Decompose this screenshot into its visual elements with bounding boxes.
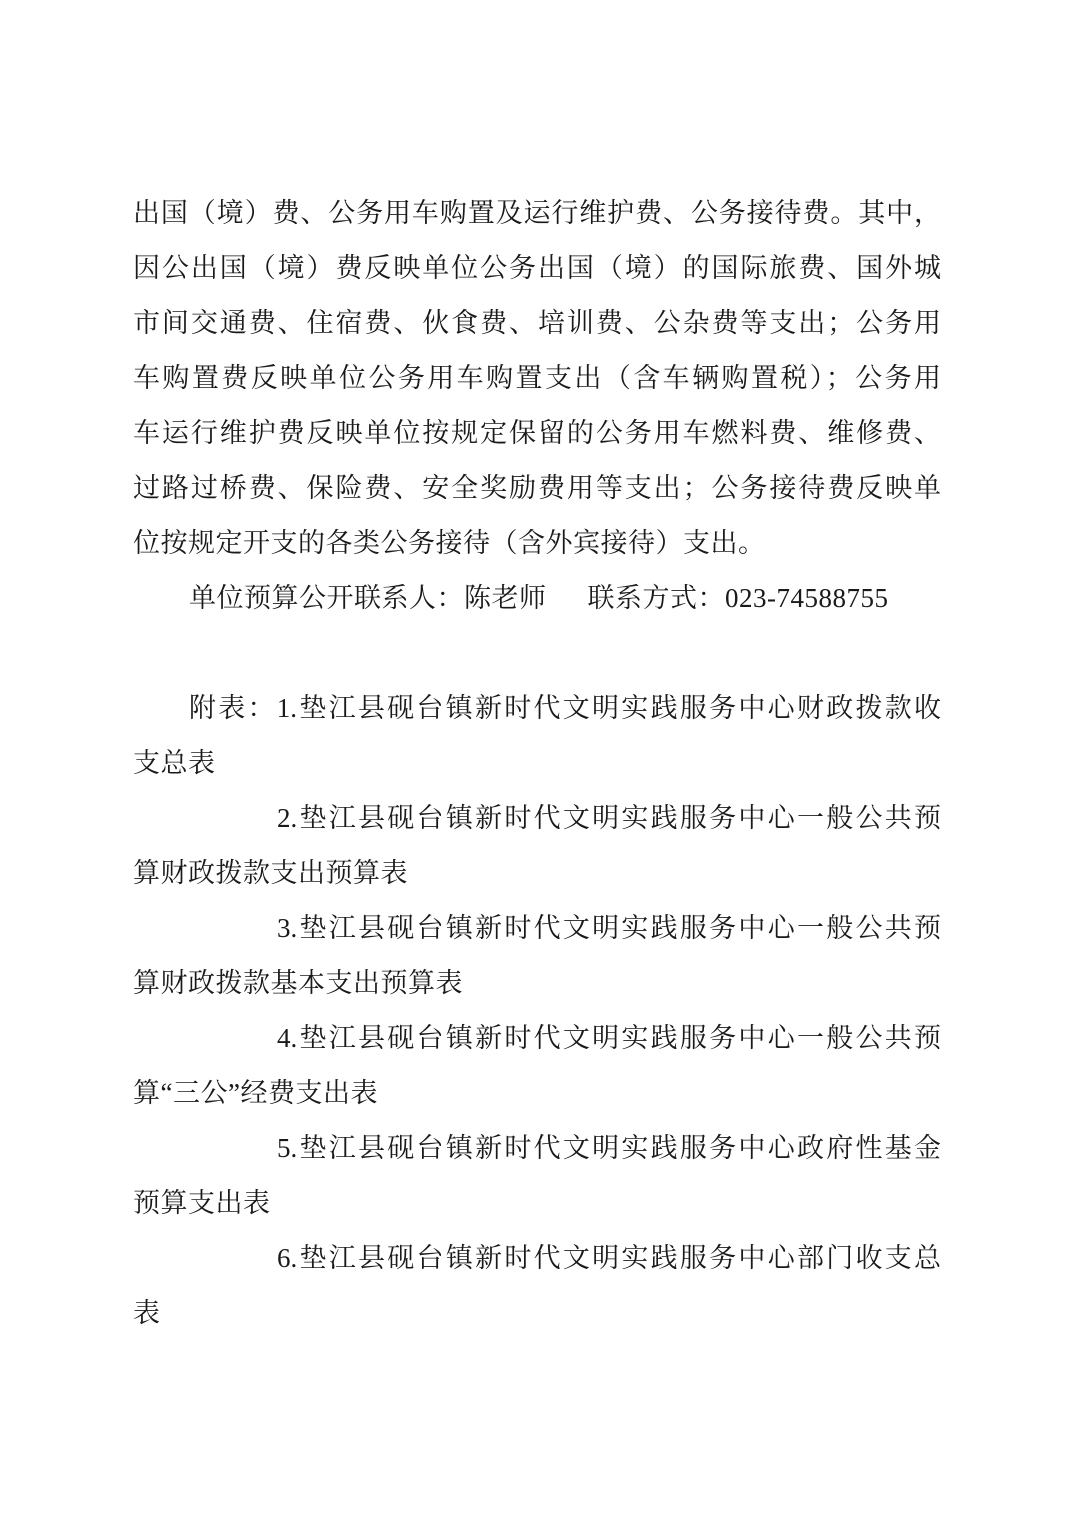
paragraph-line: 位按规定开支的各类公务接待（含外宾接待）支出。 bbox=[133, 516, 941, 571]
attachment-line-1b: 支总表 bbox=[133, 736, 941, 791]
paragraph-line: 因公出国（境）费反映单位公务出国（境）的国际旅费、国外城 bbox=[133, 241, 941, 296]
paragraph-line: 过路过桥费、保险费、安全奖励费用等支出；公务接待费反映单 bbox=[133, 461, 941, 516]
attachment-line-6b: 表 bbox=[133, 1286, 941, 1341]
attachment-line-3b: 算财政拨款基本支出预算表 bbox=[133, 956, 941, 1011]
attachment-line-1a: 附表：1.垫江县砚台镇新时代文明实践服务中心财政拨款收 bbox=[133, 681, 941, 736]
contact-method: 联系方式：023-74588755 bbox=[588, 583, 889, 613]
attachment-line-3a: 3.垫江县砚台镇新时代文明实践服务中心一般公共预 bbox=[133, 901, 941, 956]
blank-line bbox=[133, 626, 941, 681]
document-page: 出国（境）费、公务用车购置及运行维护费、公务接待费。其中， 因公出国（境）费反映… bbox=[133, 186, 941, 1341]
contact-line: 单位预算公开联系人：陈老师联系方式：023-74588755 bbox=[133, 571, 941, 626]
body-paragraph: 出国（境）费、公务用车购置及运行维护费、公务接待费。其中， 因公出国（境）费反映… bbox=[133, 186, 941, 571]
paragraph-line: 车购置费反映单位公务用车购置支出（含车辆购置税）；公务用 bbox=[133, 351, 941, 406]
attachment-line-5b: 预算支出表 bbox=[133, 1176, 941, 1231]
attachment-line-5a: 5.垫江县砚台镇新时代文明实践服务中心政府性基金 bbox=[133, 1121, 941, 1176]
attachment-line-4b: 算“三公”经费支出表 bbox=[133, 1066, 941, 1121]
paragraph-line: 出国（境）费、公务用车购置及运行维护费、公务接待费。其中， bbox=[133, 186, 941, 241]
attachment-line-2b: 算财政拨款支出预算表 bbox=[133, 846, 941, 901]
attachment-list: 附表：1.垫江县砚台镇新时代文明实践服务中心财政拨款收 支总表 2.垫江县砚台镇… bbox=[133, 681, 941, 1341]
contact-person: 单位预算公开联系人：陈老师 bbox=[189, 583, 547, 613]
paragraph-line: 市间交通费、住宿费、伙食费、培训费、公杂费等支出；公务用 bbox=[133, 296, 941, 351]
attachment-line-4a: 4.垫江县砚台镇新时代文明实践服务中心一般公共预 bbox=[133, 1011, 941, 1066]
attachment-line-6a: 6.垫江县砚台镇新时代文明实践服务中心部门收支总 bbox=[133, 1231, 941, 1286]
attachment-line-2a: 2.垫江县砚台镇新时代文明实践服务中心一般公共预 bbox=[133, 791, 941, 846]
paragraph-line: 车运行维护费反映单位按规定保留的公务用车燃料费、维修费、 bbox=[133, 406, 941, 461]
